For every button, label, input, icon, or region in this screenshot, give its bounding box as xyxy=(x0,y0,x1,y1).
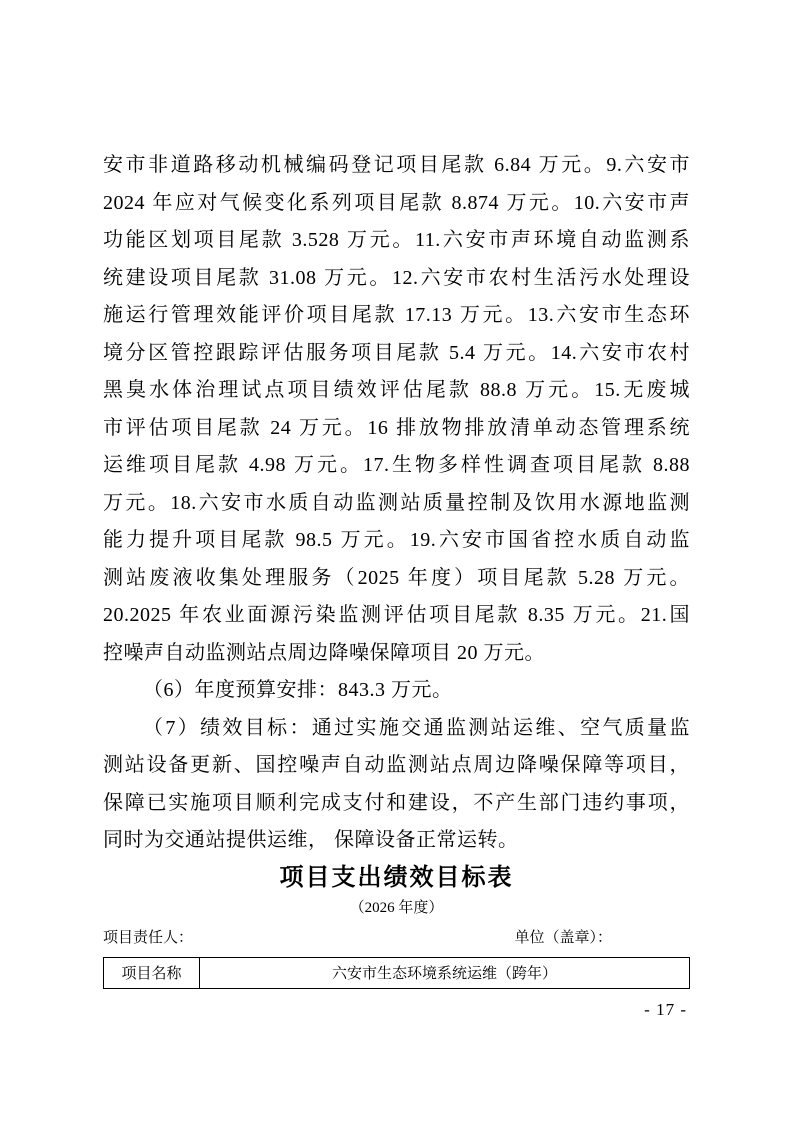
document-body: 安市非道路移动机械编码登记项目尾款 6.84 万元。9.六安市 2024 年应对… xyxy=(103,147,690,989)
body-text-line-item7: （7）绩效目标：通过实施交通监测站运维、空气质量监 xyxy=(103,710,690,748)
body-text-line: 施运行管理效能评价项目尾款 17.13 万元。13.六安市生态环 xyxy=(103,297,690,335)
body-text-line: 功能区划项目尾款 3.528 万元。11.六安市声环境自动监测系 xyxy=(103,222,690,260)
table-header-row: 项目责任人： 单位（盖章）： xyxy=(103,928,690,948)
body-text-line: 控噪声自动监测站点周边降噪保障项目 20 万元。 xyxy=(103,635,690,673)
body-text-line: 测站废液收集处理服务（2025 年度）项目尾款 5.28 万元。 xyxy=(103,560,690,598)
performance-table-year: （2026 年度） xyxy=(103,898,690,919)
body-text-line: 2024 年应对气候变化系列项目尾款 8.874 万元。10.六安市声 xyxy=(103,185,690,223)
body-text-line: 万元。18.六安市水质自动监测站质量控制及饮用水源地监测 xyxy=(103,485,690,523)
body-text-line: 测站设备更新、国控噪声自动监测站点周边降噪保障等项目， xyxy=(103,747,690,785)
unit-seal-label: 单位（盖章）： xyxy=(514,928,612,948)
body-text-line: 20.2025 年农业面源污染监测评估项目尾款 8.35 万元。21.国 xyxy=(103,597,690,635)
body-text-line: 能力提升项目尾款 98.5 万元。19.六安市国省控水质自动监 xyxy=(103,522,690,560)
document-page: 安市非道路移动机械编码登记项目尾款 6.84 万元。9.六安市 2024 年应对… xyxy=(0,0,793,1122)
body-text-line: 同时为交通站提供运维， 保障设备正常运转。 xyxy=(103,822,690,860)
body-text-line: 统建设项目尾款 31.08 万元。12.六安市农村生活污水处理设 xyxy=(103,260,690,298)
performance-table: 项目名称 六安市生态环境系统运维（跨年） xyxy=(103,957,690,989)
project-name-value-cell: 六安市生态环境系统运维（跨年） xyxy=(200,957,690,988)
page-number: - 17 - xyxy=(644,1000,687,1020)
table-row: 项目名称 六安市生态环境系统运维（跨年） xyxy=(104,957,690,988)
project-responsible-label: 项目责任人： xyxy=(103,928,193,948)
project-name-label-cell: 项目名称 xyxy=(104,957,200,988)
body-text-line: 市评估项目尾款 24 万元。16 排放物排放清单动态管理系统 xyxy=(103,410,690,448)
body-text-line: 保障已实施项目顺利完成支付和建设，不产生部门违约事项， xyxy=(103,785,690,823)
body-text-line: 黑臭水体治理试点项目绩效评估尾款 88.8 万元。15.无废城 xyxy=(103,372,690,410)
performance-table-title: 项目支出绩效目标表 xyxy=(103,862,690,894)
body-text-line-item6: （6）年度预算安排：843.3 万元。 xyxy=(103,672,690,710)
body-text-line: 境分区管控跟踪评估服务项目尾款 5.4 万元。14.六安市农村 xyxy=(103,335,690,373)
body-text-line: 运维项目尾款 4.98 万元。17.生物多样性调查项目尾款 8.88 xyxy=(103,447,690,485)
body-text-line: 安市非道路移动机械编码登记项目尾款 6.84 万元。9.六安市 xyxy=(103,147,690,185)
